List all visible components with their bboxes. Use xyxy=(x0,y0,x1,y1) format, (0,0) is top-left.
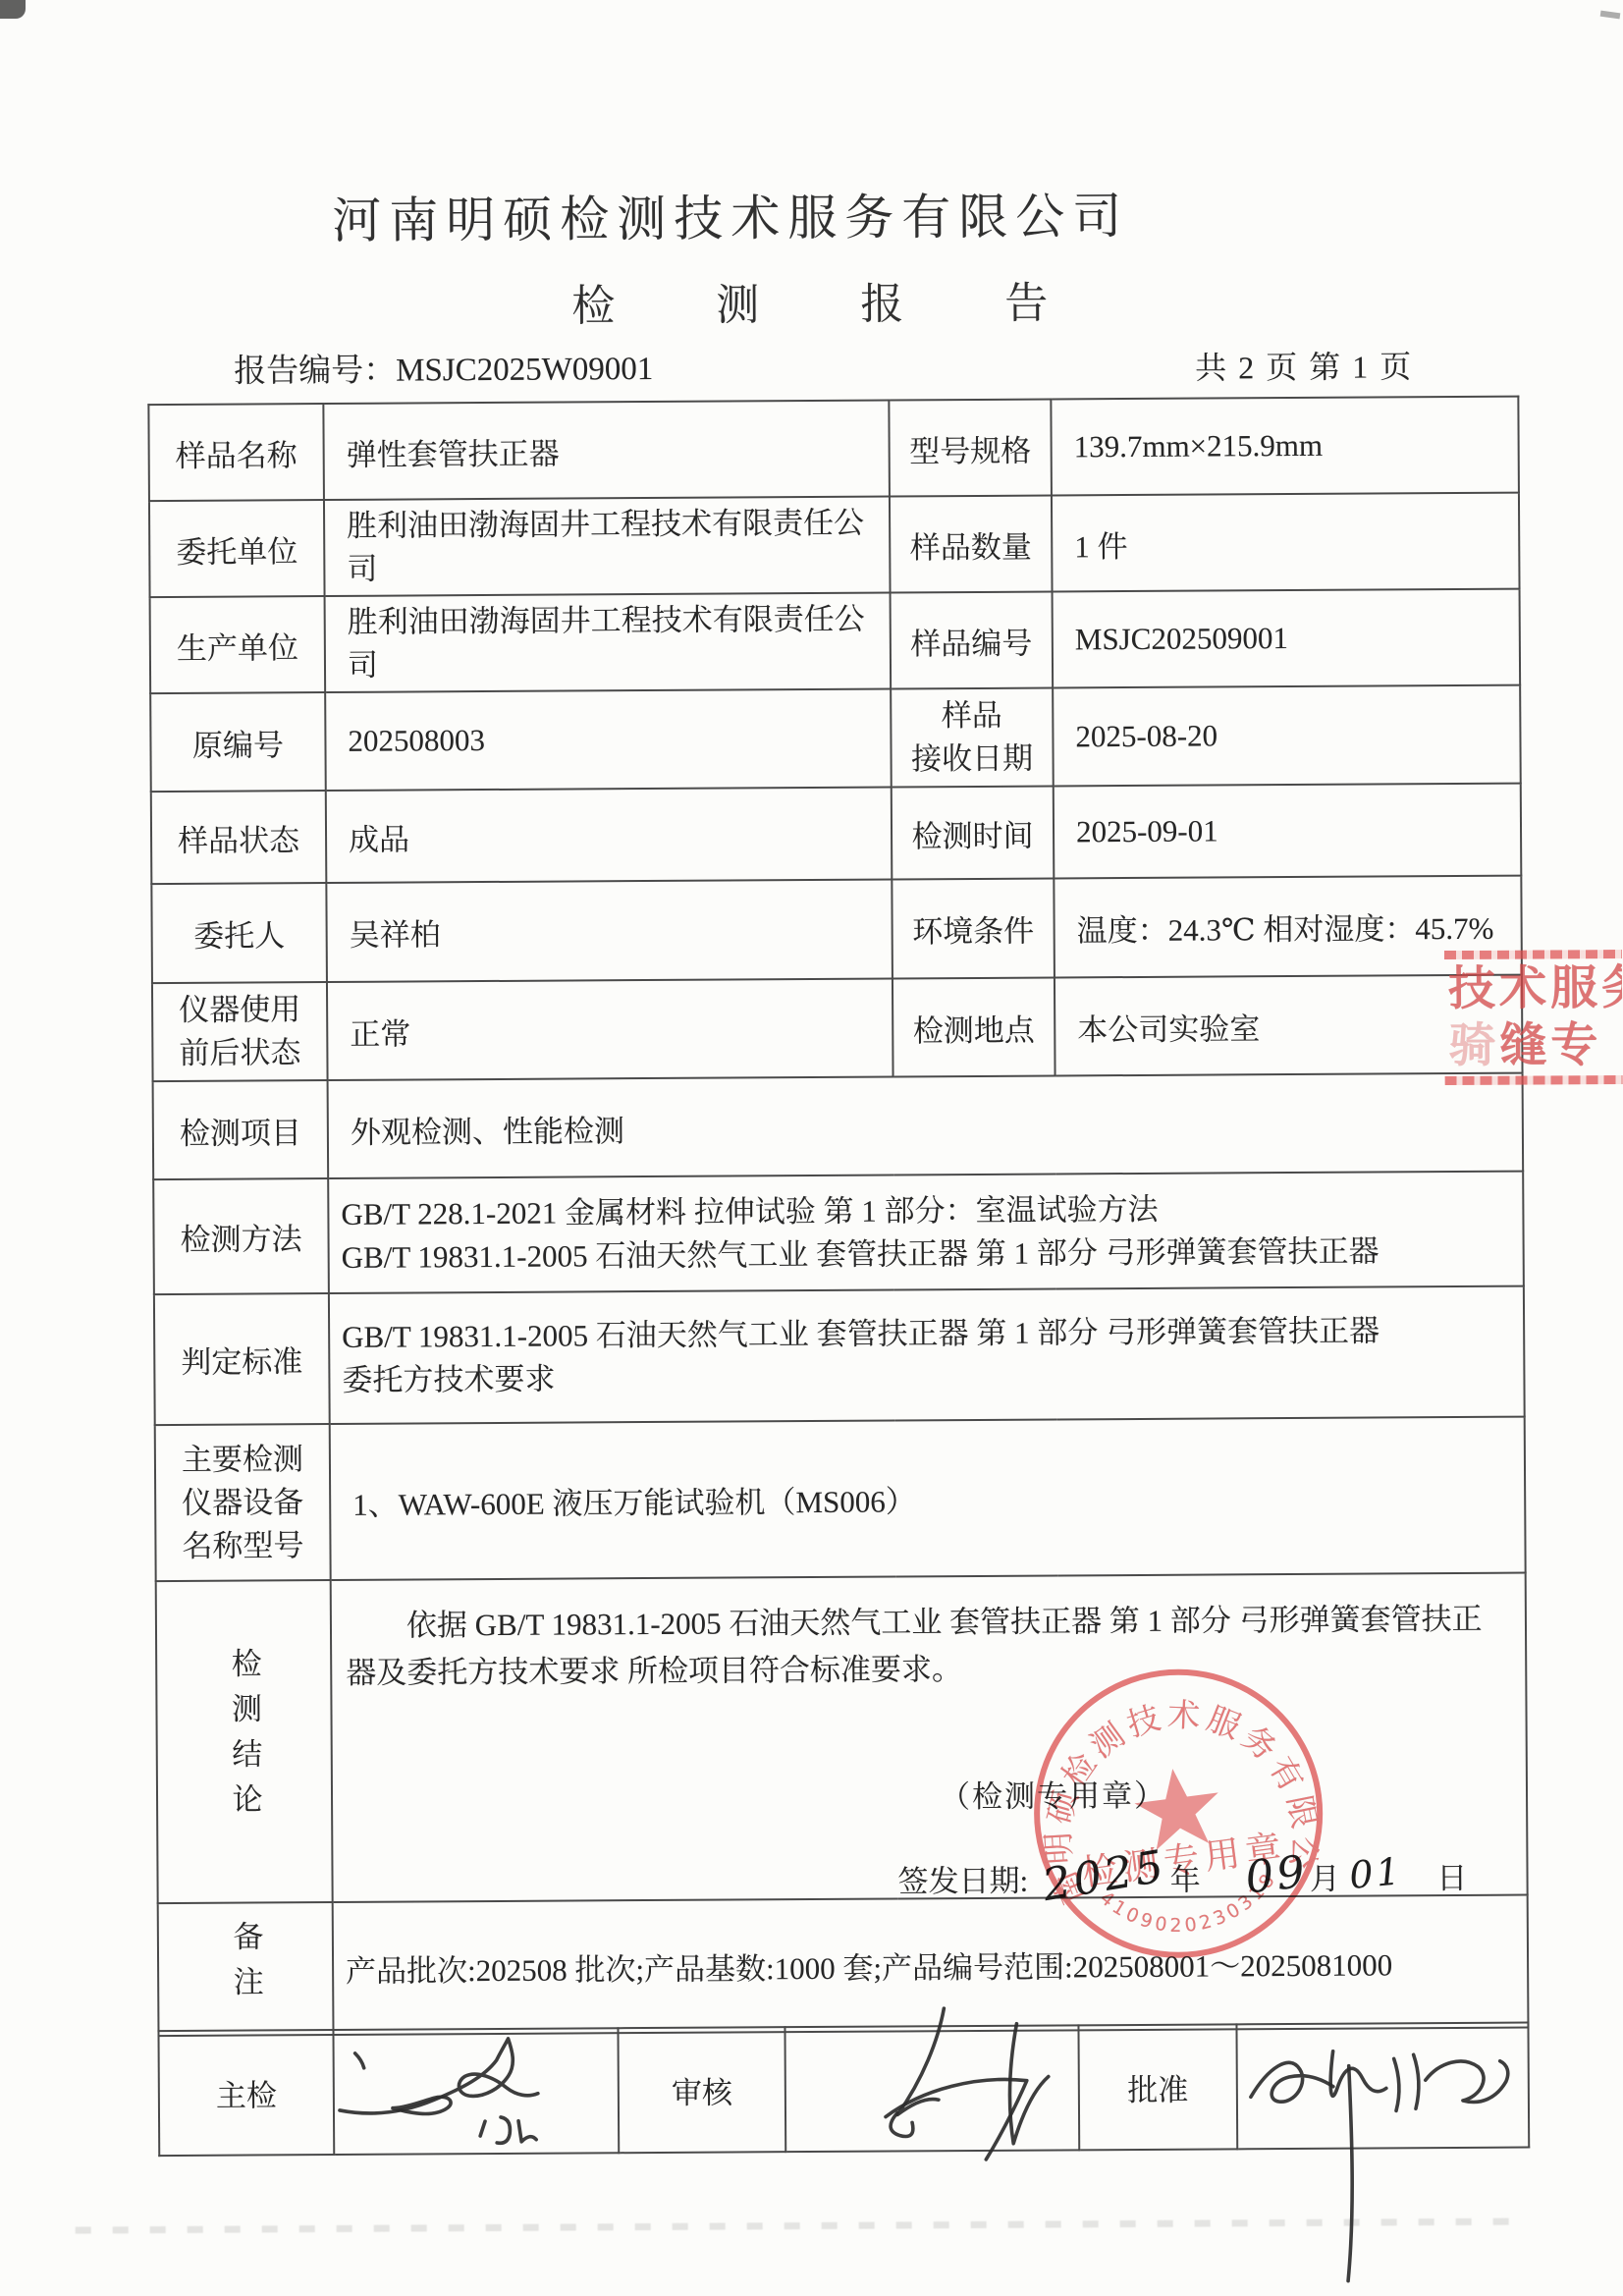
field-value: GB/T 19831.1-2005 石油天然气工业 套管扶正器 第 1 部分 弓… xyxy=(329,1286,1525,1424)
paging-seal-line1: 技术服务 xyxy=(1444,960,1622,1018)
table-row: 仪器使用 前后状态 正常 检测地点 本公司实验室 xyxy=(152,975,1523,1082)
report-number-label: 报告编号： xyxy=(234,354,396,390)
table-row: 生产单位 胜利油田渤海固井工程技术有限责任公司 样品编号 MSJC2025090… xyxy=(150,589,1521,694)
field-label: 检测地点 xyxy=(893,978,1055,1077)
field-value: 吴祥柏 xyxy=(326,880,893,983)
company-title: 河南明硕检测技术服务有限公司 xyxy=(43,175,1418,254)
paging-seal-fragment: 技术服务 骑缝专 xyxy=(1444,950,1623,1106)
table-row: 检测项目 外观检测、性能检测 xyxy=(153,1073,1524,1180)
field-label: 检测时间 xyxy=(892,787,1055,880)
issue-date-label: 签发日期: xyxy=(897,1856,1028,1901)
field-label: 型号规格 xyxy=(889,399,1052,496)
reviewer-signature xyxy=(867,2003,1113,2170)
field-label: 样品 接收日期 xyxy=(891,688,1054,788)
field-label: 检测方法 xyxy=(153,1178,329,1294)
field-label: 主要检测 仪器设备 名称型号 xyxy=(155,1424,331,1581)
conclusion-cell: 依据 GB/T 19831.1-2005 石油天然气工业 套管扶正器 第 1 部… xyxy=(331,1573,1528,1902)
field-label: 样品编号 xyxy=(891,592,1054,689)
field-label: 样品数量 xyxy=(890,495,1053,592)
conclusion-text: 依据 GB/T 19831.1-2005 石油天然气工业 套管扶正器 第 1 部… xyxy=(346,1596,1500,1697)
field-value: 胜利油田渤海固井工程技术有限责任公司 xyxy=(325,593,892,693)
company-round-seal: 河南明硕检测技术服务有限公司 检测专用章 4109020230318 xyxy=(1013,1649,1343,1979)
remark-label: 备注 xyxy=(158,1902,334,2036)
field-label: 委托人 xyxy=(151,883,327,983)
table-row: 样品名称 弹性套管扶正器 型号规格 139.7mm×215.9mm xyxy=(148,397,1519,502)
field-value: GB/T 228.1-2021 金属材料 拉伸试验 第 1 部分：室温试验方法 … xyxy=(328,1172,1524,1293)
field-label: 样品状态 xyxy=(151,791,327,884)
report-page: 河南明硕检测技术服务有限公司 检 测 报 告 报告编号：MSJC2025W090… xyxy=(0,0,1623,2296)
field-value: 139.7mm×215.9mm xyxy=(1051,397,1519,496)
field-value: 2025-08-20 xyxy=(1053,685,1521,787)
chief-inspector-label: 主检 xyxy=(158,2030,334,2156)
field-value: 1、WAW-600E 液压万能试验机（MS006） xyxy=(330,1417,1526,1580)
field-label: 委托单位 xyxy=(149,500,325,597)
field-label: 判定标准 xyxy=(154,1293,330,1425)
table-row: 样品状态 成品 检测时间 2025-09-01 xyxy=(151,784,1522,885)
table-row: 委托单位 胜利油田渤海固井工程技术有限责任公司 样品数量 1 件 xyxy=(149,493,1520,598)
field-value: MSJC202509001 xyxy=(1053,589,1521,688)
day-suffix: 日 xyxy=(1436,1853,1467,1897)
paging-seal-line2: 骑缝专 xyxy=(1444,1017,1622,1075)
field-value: 外观检测、性能检测 xyxy=(328,1073,1524,1178)
field-label: 样品名称 xyxy=(148,404,324,501)
field-value: 2025-09-01 xyxy=(1054,784,1522,879)
field-value: 成品 xyxy=(326,788,893,884)
field-label: 仪器使用 前后状态 xyxy=(152,982,328,1081)
conclusion-label: 检测结论 xyxy=(156,1580,333,1903)
field-value: 1 件 xyxy=(1052,493,1520,592)
field-value: 弹性套管扶正器 xyxy=(323,401,890,501)
report-number-value: MSJC2025W09001 xyxy=(396,352,653,389)
field-label: 环境条件 xyxy=(892,879,1055,979)
field-label: 检测项目 xyxy=(153,1080,329,1179)
table-row: 判定标准 GB/T 19831.1-2005 石油天然气工业 套管扶正器 第 1… xyxy=(154,1286,1525,1426)
field-value: 胜利油田渤海固井工程技术有限责任公司 xyxy=(324,497,891,597)
reviewer-label: 审核 xyxy=(618,2027,785,2153)
field-label: 原编号 xyxy=(150,692,326,792)
table-row: 委托人 吴祥柏 环境条件 温度：24.3℃ 相对湿度：45.7% xyxy=(151,876,1522,984)
table-row: 原编号 202508003 样品 接收日期 2025-08-20 xyxy=(150,685,1521,793)
scanned-sheet: 河南明硕检测技术服务有限公司 检 测 报 告 报告编号：MSJC2025W090… xyxy=(0,0,1623,2296)
report-number: 报告编号：MSJC2025W09001 xyxy=(234,343,653,392)
scan-corner-mark xyxy=(0,0,26,19)
approver-signature xyxy=(1244,2020,1541,2296)
table-row: 主要检测 仪器设备 名称型号 1、WAW-600E 液压万能试验机（MS006） xyxy=(155,1417,1526,1582)
field-value: 正常 xyxy=(327,979,893,1081)
document-title: 检 测 报 告 xyxy=(123,265,1497,337)
table-row: 检测方法 GB/T 228.1-2021 金属材料 拉伸试验 第 1 部分：室温… xyxy=(153,1172,1524,1295)
page-indicator: 共 2 页 第 1 页 xyxy=(1195,342,1413,388)
field-value: 202508003 xyxy=(325,689,892,792)
paging-seal-bottom-border xyxy=(1445,1075,1623,1086)
field-label: 生产单位 xyxy=(150,596,326,693)
chief-inspector-signature xyxy=(338,2036,633,2154)
issue-day-handwritten: 01 xyxy=(1348,1849,1405,1897)
